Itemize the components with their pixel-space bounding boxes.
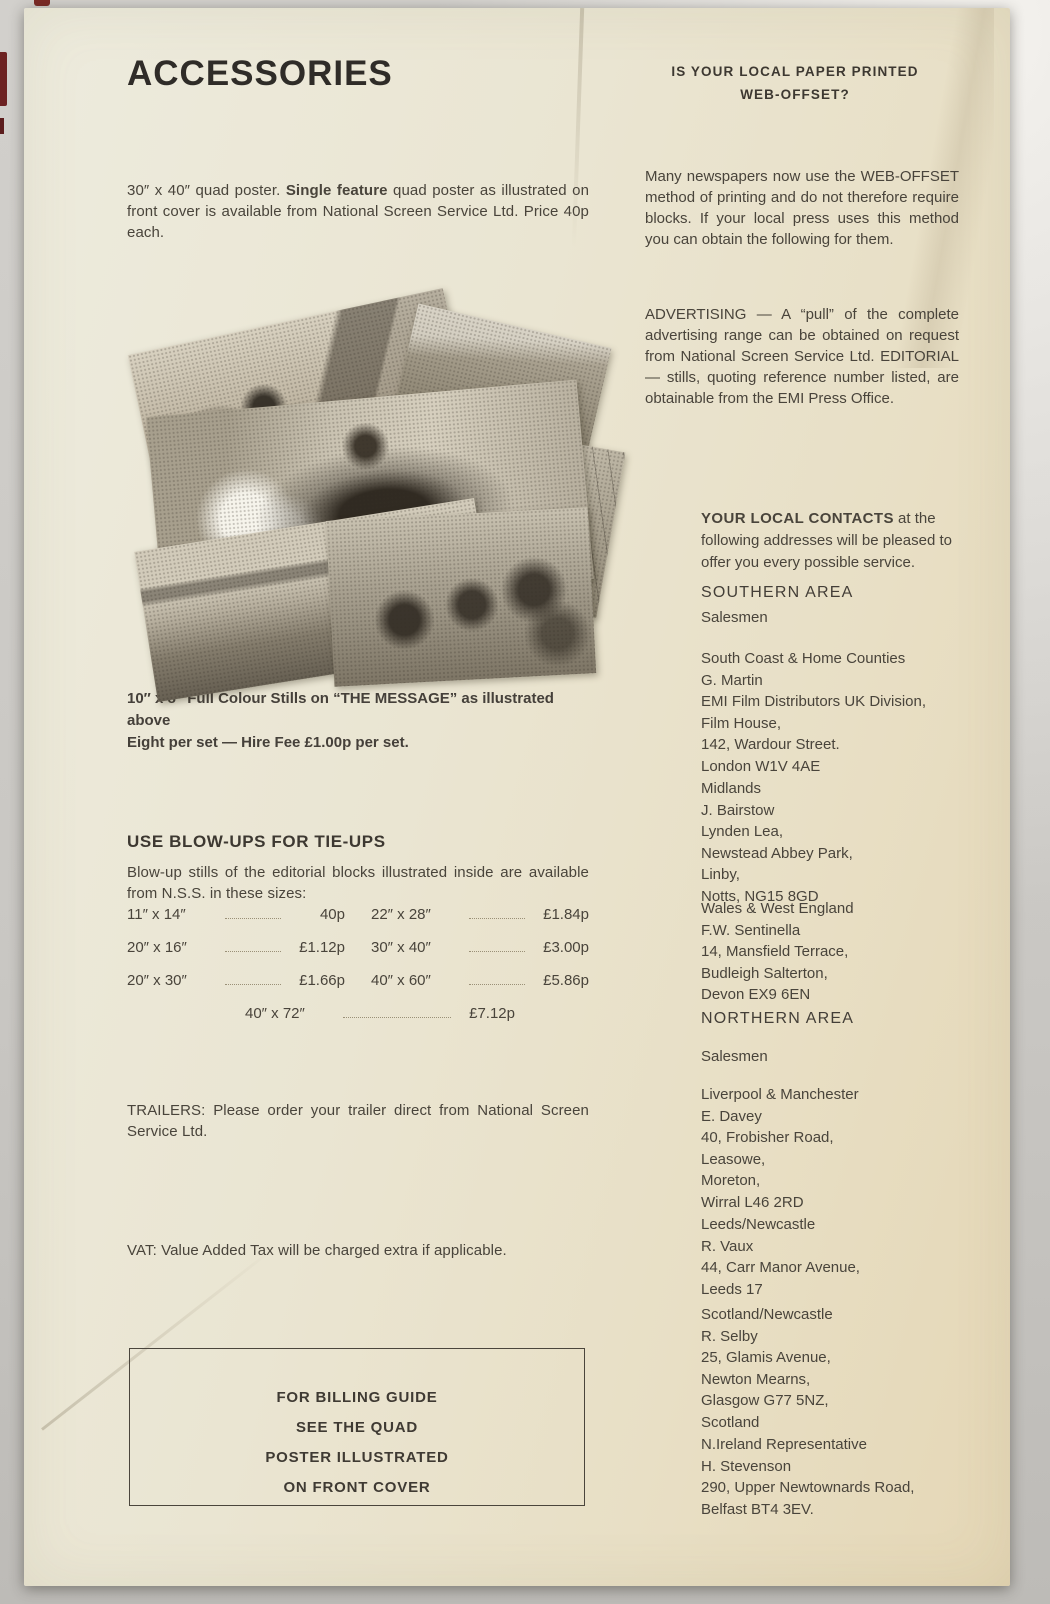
paper-sheet: ACCESSORIES 30″ x 40″ quad poster. Singl…	[24, 8, 1010, 1586]
text-line: Belfast BT4 3EV.	[701, 1499, 961, 1521]
price-value: £5.86p	[531, 970, 589, 991]
contact-block-midlands: MidlandsJ. BairstowLynden Lea,Newstead A…	[701, 778, 961, 907]
price-value: £3.00p	[531, 937, 589, 958]
contacts-intro-bold: YOUR LOCAL CONTACTS	[701, 510, 894, 527]
text-line: 14, Mansfield Terrace,	[701, 941, 961, 963]
text-line: J. Bairstow	[701, 800, 961, 822]
stills-caption-line2: Eight per set — Hire Fee £1.00p per set.	[127, 732, 597, 754]
text-line: Scotland	[701, 1412, 961, 1434]
text-line: Newstead Abbey Park,	[701, 843, 961, 865]
text-line: E. Davey	[701, 1106, 961, 1128]
film-still-horsemen	[326, 507, 596, 686]
blowup-price-table: 11″ x 14″40p22″ x 28″£1.84p 20″ x 16″£1.…	[127, 904, 589, 1036]
blowups-intro: Blow-up stills of the editorial blocks i…	[127, 862, 589, 904]
size-label: 30″ x 40″	[371, 937, 463, 958]
contact-block-south-coast: South Coast & Home CountiesG. MartinEMI …	[701, 648, 961, 777]
text-line: Linby,	[701, 864, 961, 886]
text-line: 142, Wardour Street.	[701, 734, 961, 756]
text-line: Budleigh Salterton,	[701, 963, 961, 985]
web-offset-header: IS YOUR LOCAL PAPER PRINTED WEB-OFFSET?	[629, 60, 961, 106]
dotted-leader	[469, 983, 525, 985]
text-line: Moreton,	[701, 1170, 961, 1192]
size-label: 40″ x 60″	[371, 970, 463, 991]
southern-area-heading: SOUTHERN AREA	[701, 584, 854, 602]
price-value: £1.66p	[287, 970, 345, 991]
stills-caption: 10″ x 8″ Full Colour Stills on “THE MESS…	[127, 688, 597, 754]
backdrop-red-mark	[0, 52, 7, 106]
dotted-leader	[343, 1016, 451, 1018]
trailers-paragraph: TRAILERS: Please order your trailer dire…	[127, 1100, 589, 1142]
price-value: 40p	[287, 904, 345, 925]
text-line: N.Ireland Representative	[701, 1434, 961, 1456]
text-line: G. Martin	[701, 670, 961, 692]
text-line: Devon EX9 6EN	[701, 984, 961, 1006]
southern-area-subheading: Salesmen	[701, 609, 768, 626]
text-line: Liverpool & Manchester	[701, 1084, 961, 1106]
text-line: FOR BILLING GUIDE	[130, 1383, 584, 1413]
text-line: EMI Film Distributors UK Division,	[701, 691, 961, 713]
size-label: 20″ x 30″	[127, 970, 219, 991]
size-label: 20″ x 16″	[127, 937, 219, 958]
page-title: ACCESSORIES	[127, 54, 393, 94]
contact-block-n-ireland: N.Ireland RepresentativeH. Stevenson290,…	[701, 1434, 961, 1520]
contact-block-liverpool-manchester: Liverpool & ManchesterE. Davey40, Frobis…	[701, 1084, 961, 1213]
northern-area-subheading: Salesmen	[701, 1048, 768, 1065]
web-offset-header-line1: IS YOUR LOCAL PAPER PRINTED	[629, 60, 961, 83]
text-line: Film House,	[701, 713, 961, 735]
northern-area-heading: NORTHERN AREA	[701, 1010, 854, 1028]
vat-note: VAT: Value Added Tax will be charged ext…	[127, 1240, 589, 1261]
billing-guide-box: FOR BILLING GUIDESEE THE QUADPOSTER ILLU…	[129, 1348, 585, 1506]
web-offset-header-line2: WEB-OFFSET?	[629, 83, 961, 106]
dotted-leader	[225, 917, 281, 919]
price-value: £1.12p	[287, 937, 345, 958]
price-row: 20″ x 30″£1.66p40″ x 60″£5.86p	[127, 970, 589, 991]
text-line: ON FRONT COVER	[130, 1473, 584, 1503]
text-line: 40, Frobisher Road,	[701, 1127, 961, 1149]
price-row: 11″ x 14″40p22″ x 28″£1.84p	[127, 904, 589, 925]
contact-block-scotland-newcastle: Scotland/NewcastleR. Selby25, Glamis Ave…	[701, 1304, 961, 1433]
dotted-leader	[225, 950, 281, 952]
text-line: Glasgow G77 5NZ,	[701, 1390, 961, 1412]
text-line: 290, Upper Newtownards Road,	[701, 1477, 961, 1499]
dotted-leader	[225, 983, 281, 985]
text-line: Lynden Lea,	[701, 821, 961, 843]
price-row: 20″ x 16″£1.12p30″ x 40″£3.00p	[127, 937, 589, 958]
quad-poster-prefix: 30″ x 40″ quad poster.	[127, 182, 286, 199]
backdrop-red-mark	[0, 118, 4, 134]
dotted-leader	[469, 917, 525, 919]
contacts-intro: YOUR LOCAL CONTACTS at the following add…	[701, 508, 955, 574]
text-line: Leeds/Newcastle	[701, 1214, 961, 1236]
advertising-paragraph: ADVERTISING — A “pull” of the complete a…	[645, 304, 959, 409]
text-line: F.W. Sentinella	[701, 920, 961, 942]
text-line: Wales & West England	[701, 898, 961, 920]
backdrop-red-mark	[34, 0, 50, 6]
text-line: London W1V 4AE	[701, 756, 961, 778]
quad-poster-bold: Single feature	[286, 182, 388, 199]
price-value: £1.84p	[531, 904, 589, 925]
price-row-last: 40″ x 72″£7.12p	[245, 1003, 515, 1024]
text-line: R. Vaux	[701, 1236, 961, 1258]
stills-collage	[132, 306, 618, 678]
text-line: 44, Carr Manor Avenue,	[701, 1257, 961, 1279]
contact-block-wales-west: Wales & West EnglandF.W. Sentinella14, M…	[701, 898, 961, 1006]
text-line: H. Stevenson	[701, 1456, 961, 1478]
text-line: South Coast & Home Counties	[701, 648, 961, 670]
blowups-heading: USE BLOW-UPS FOR TIE-UPS	[127, 832, 386, 852]
text-line: Wirral L46 2RD	[701, 1192, 961, 1214]
web-offset-paragraph: Many newspapers now use the WEB-OFFSET m…	[645, 166, 959, 250]
size-label: 22″ x 28″	[371, 904, 463, 925]
text-line: R. Selby	[701, 1326, 961, 1348]
text-line: SEE THE QUAD	[130, 1413, 584, 1443]
size-label: 11″ x 14″	[127, 904, 219, 925]
text-line: Leasowe,	[701, 1149, 961, 1171]
text-line: POSTER ILLUSTRATED	[130, 1443, 584, 1473]
text-line: Scotland/Newcastle	[701, 1304, 961, 1326]
size-label: 40″ x 72″	[245, 1003, 337, 1024]
quad-poster-paragraph: 30″ x 40″ quad poster. Single feature qu…	[127, 180, 589, 243]
dotted-leader	[469, 950, 525, 952]
text-line: Newton Mearns,	[701, 1369, 961, 1391]
text-line: 25, Glamis Avenue,	[701, 1347, 961, 1369]
price-value: £7.12p	[457, 1003, 515, 1024]
contact-block-leeds-newcastle: Leeds/NewcastleR. Vaux44, Carr Manor Ave…	[701, 1214, 961, 1300]
text-line: Midlands	[701, 778, 961, 800]
text-line: Leeds 17	[701, 1279, 961, 1301]
